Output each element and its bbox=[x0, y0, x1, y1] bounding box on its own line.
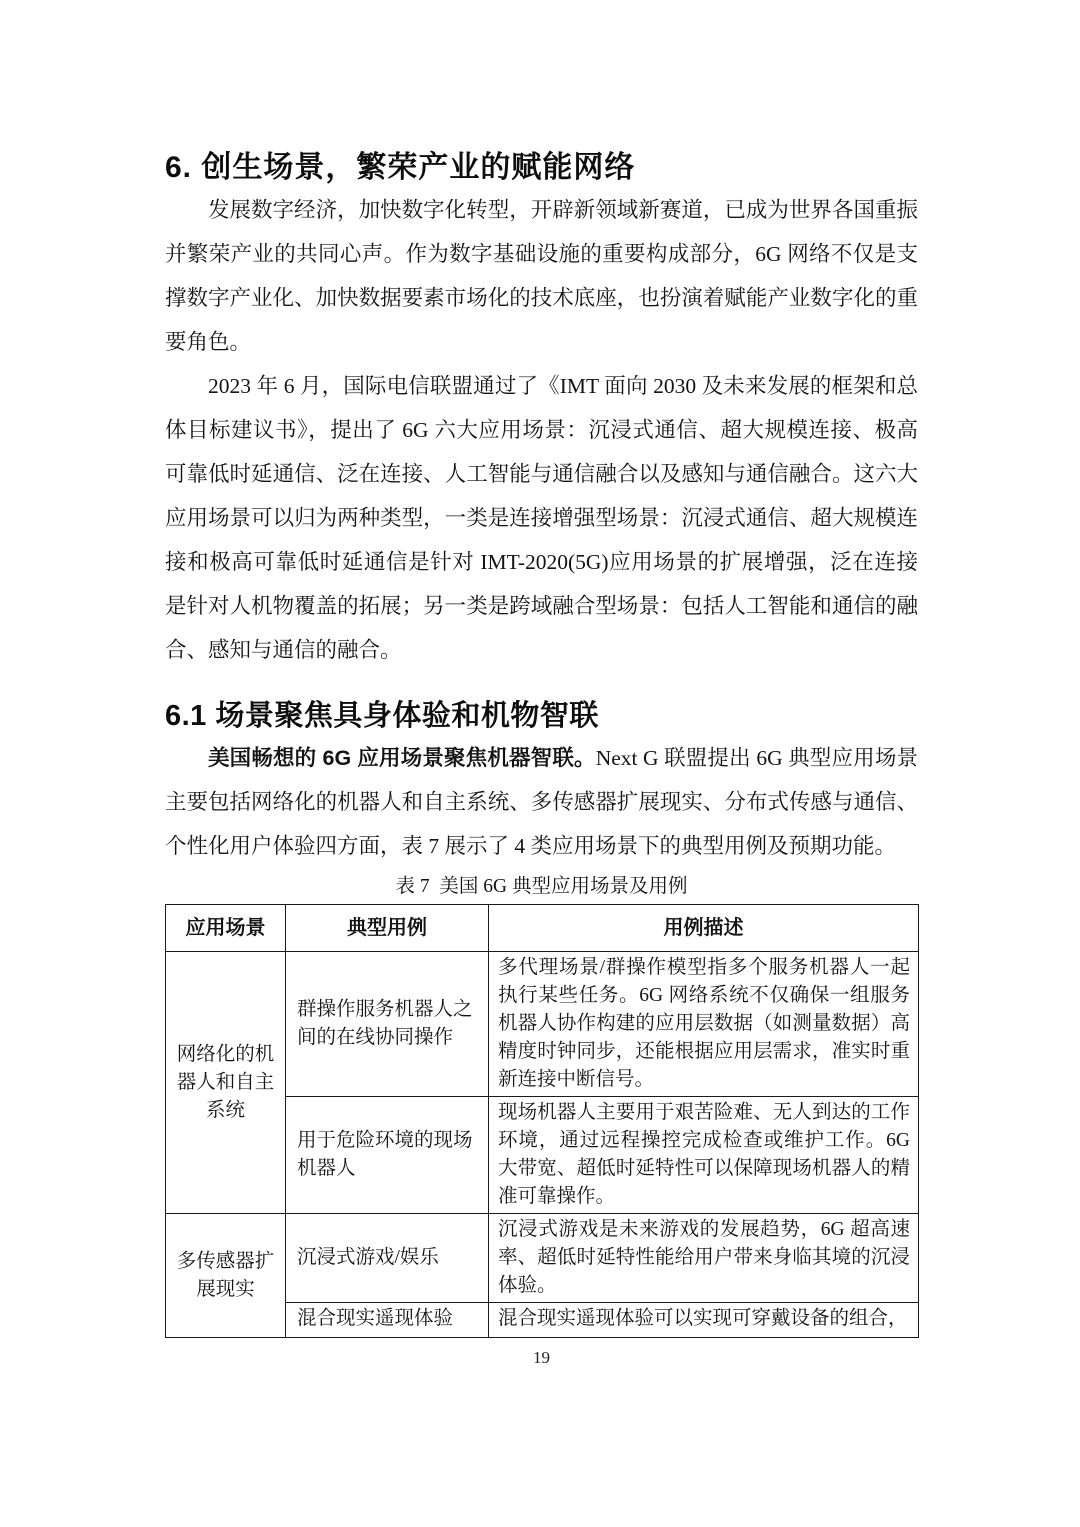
cell-desc-swarm-robots: 多代理场景/群操作模型指多个服务机器人一起执行某些任务。6G 网络系统不仅确保一… bbox=[489, 952, 919, 1097]
table-row: 多传感器扩展现实 沉浸式游戏/娱乐 沉浸式游戏是未来游戏的发展趋势，6G 超高速… bbox=[166, 1214, 919, 1303]
section-lead-paragraph: 美国畅想的 6G 应用场景聚焦机器智联。Next G 联盟提出 6G 典型应用场… bbox=[165, 736, 918, 868]
paragraph-itu-scenarios: 2023 年 6 月，国际电信联盟通过了《IMT 面向 2030 及未来发展的框… bbox=[165, 364, 918, 672]
cell-usecase-swarm-robots: 群操作服务机器人之间的在线协同操作 bbox=[286, 952, 489, 1097]
chapter-heading: 6. 创生场景，繁荣产业的赋能网络 bbox=[165, 148, 918, 188]
table-row: 网络化的机器人和自主系统 群操作服务机器人之间的在线协同操作 多代理场景/群操作… bbox=[166, 952, 919, 1097]
page-content: 6. 创生场景，繁荣产业的赋能网络 发展数字经济，加快数字化转型，开辟新领域新赛… bbox=[165, 0, 918, 1368]
lead-bold-text: 美国畅想的 6G 应用场景聚焦机器智联。 bbox=[208, 746, 596, 770]
cell-usecase-mixed-reality: 混合现实遥现体验 bbox=[286, 1303, 489, 1338]
paragraph-digital-economy: 发展数字经济，加快数字化转型，开辟新领域新赛道，已成为世界各国重振并繁荣产业的共… bbox=[165, 188, 918, 364]
cell-scenario-networked-robots: 网络化的机器人和自主系统 bbox=[166, 952, 286, 1214]
header-cell-usecase: 典型用例 bbox=[286, 905, 489, 952]
cell-usecase-hazard-robots: 用于危险环境的现场机器人 bbox=[286, 1097, 489, 1214]
cell-desc-immersive-gaming: 沉浸式游戏是未来游戏的发展趋势，6G 超高速率、超低时延特性能给用户带来身临其境… bbox=[489, 1214, 919, 1303]
table-header-row: 应用场景 典型用例 用例描述 bbox=[166, 905, 919, 952]
cell-desc-hazard-robots: 现场机器人主要用于艰苦险难、无人到达的工作环境，通过远程操控完成检查或维护工作。… bbox=[489, 1097, 919, 1214]
cell-desc-mixed-reality: 混合现实遥现体验可以实现可穿戴设备的组合， bbox=[489, 1303, 919, 1338]
table-caption: 表 7 美国 6G 典型应用场景及用例 bbox=[165, 874, 918, 900]
usecase-table: 应用场景 典型用例 用例描述 网络化的机器人和自主系统 群操作服务机器人之间的在… bbox=[165, 904, 919, 1338]
header-cell-description: 用例描述 bbox=[489, 905, 919, 952]
section-heading: 6.1 场景聚焦具身体验和机物智联 bbox=[165, 696, 918, 736]
cell-scenario-multisensor-xr: 多传感器扩展现实 bbox=[166, 1214, 286, 1338]
header-cell-scenario: 应用场景 bbox=[166, 905, 286, 952]
page-number: 19 bbox=[165, 1348, 918, 1368]
document-page: 6. 创生场景，繁荣产业的赋能网络 发展数字经济，加快数字化转型，开辟新领域新赛… bbox=[0, 0, 1080, 1527]
cell-usecase-immersive-gaming: 沉浸式游戏/娱乐 bbox=[286, 1214, 489, 1303]
